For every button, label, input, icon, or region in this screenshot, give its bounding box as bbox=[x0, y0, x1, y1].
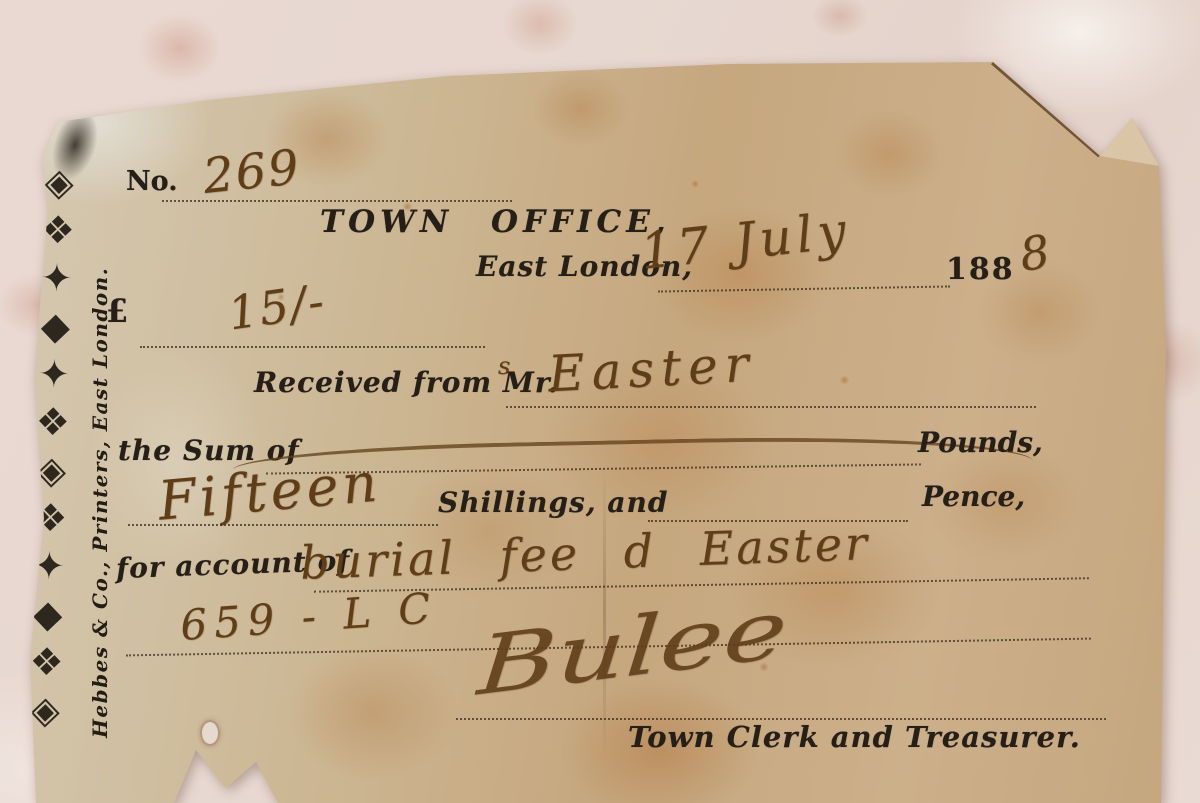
amount-handwriting: 15/- bbox=[225, 273, 329, 340]
dotted-rule-amount bbox=[140, 346, 485, 348]
receipt-paper: ◈❖✦◆✦❖◈❖✦◆❖◈ Hebbes & Co., Printers, Eas… bbox=[28, 48, 1178, 803]
received-name-handwriting: Easter bbox=[547, 335, 757, 404]
receipt-paper-wrap: ◈❖✦◆✦❖◈❖✦◆❖◈ Hebbes & Co., Printers, Eas… bbox=[28, 48, 1178, 803]
year-digit-handwriting: 8 bbox=[1016, 224, 1053, 282]
office-title: TOWN OFFICE, bbox=[320, 204, 671, 240]
dotted-rule-shillings bbox=[128, 524, 438, 526]
received-superscript: s bbox=[498, 352, 510, 380]
folded-corner bbox=[1100, 118, 1160, 168]
scan-background: ◈❖✦◆✦❖◈❖✦◆❖◈ Hebbes & Co., Printers, Eas… bbox=[0, 0, 1200, 803]
pounds-label: Pounds, bbox=[918, 426, 1043, 459]
signature-handwriting: Bulee bbox=[475, 581, 790, 713]
signatory-title: Town Clerk and Treasurer. bbox=[628, 720, 1081, 754]
dotted-rule-received bbox=[506, 406, 1036, 408]
shillings-label: Shillings, and bbox=[438, 486, 668, 519]
no-value-handwriting: 269 bbox=[200, 139, 303, 205]
no-label: No. bbox=[126, 166, 178, 197]
reference-handwriting: 659 - L C bbox=[179, 583, 439, 650]
currency-label: £ bbox=[106, 292, 128, 330]
received-label: Received from Mr. bbox=[254, 366, 559, 399]
year-printed: 188 bbox=[946, 252, 1015, 287]
paper-hole bbox=[200, 720, 220, 746]
account-value-handwriting: burial fee d Easter bbox=[299, 516, 871, 590]
pence-label: Pence, bbox=[922, 480, 1025, 513]
ornamental-border-icon: ◈❖✦◆✦❖◈❖✦◆❖◈ bbox=[27, 160, 78, 676]
fold-crease-line bbox=[991, 62, 1100, 157]
dotted-rule-date bbox=[658, 285, 950, 292]
